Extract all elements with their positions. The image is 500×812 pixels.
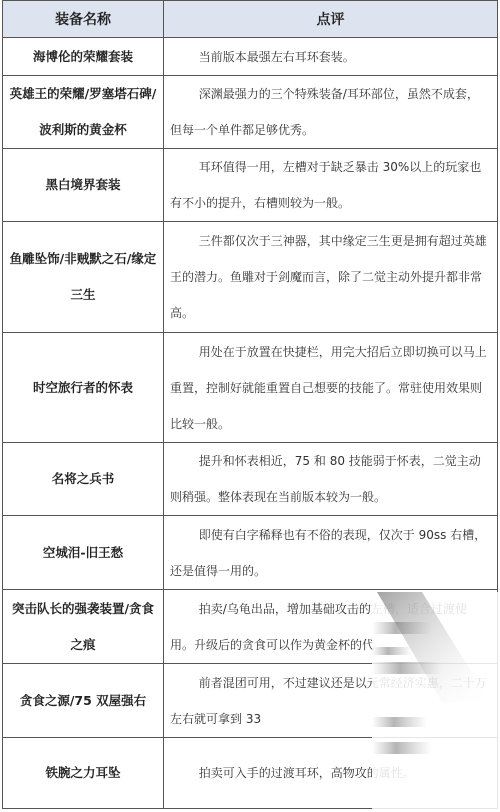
- table-header-row: 装备名称 点评: [3, 1, 498, 38]
- comment-cell: 拍卖/乌龟出品，增加基础攻击的左槽，适合过渡使用。升级后的贪食可以作为黄金杯的代: [164, 590, 498, 664]
- table-row: 贪食之源/75 双屋强右前者混团可用，不过建议还是以元常经济实惠，二十万左右就可…: [3, 664, 498, 738]
- header-comment: 点评: [164, 1, 498, 38]
- equipment-name-cell: 突击队长的强袭装置/贪食之痕: [3, 590, 164, 664]
- table-row: 鱼雕坠饰/非贼默之石/缘定三生三件都仅次于三神器，其中缘定三生更是拥有超过英雄王…: [3, 222, 498, 333]
- equipment-name-cell: 时空旅行者的怀表: [3, 333, 164, 443]
- comment-cell: 深渊最强力的三个特殊装备/耳环部位，虽然不成套，但每一个单件都足够优秀。: [164, 76, 498, 149]
- equipment-name-cell: 黑白境界套装: [3, 149, 164, 222]
- table-row: 海博伦的荣耀套装当前版本最强左右耳环套装。: [3, 38, 498, 76]
- comment-cell: 三件都仅次于三神器，其中缘定三生更是拥有超过英雄王的潜力。鱼雕对于剑魔而言，除了…: [164, 222, 498, 333]
- header-equipment-name: 装备名称: [3, 1, 164, 38]
- equipment-name-cell: 名将之兵书: [3, 443, 164, 516]
- equipment-review-table: 装备名称 点评 海博伦的荣耀套装当前版本最强左右耳环套装。英雄王的荣耀/罗塞塔石…: [2, 0, 498, 809]
- comment-cell: 耳环值得一用，左槽对于缺乏暴击 30%以上的玩家也有不小的提升，右槽则较为一般。: [164, 149, 498, 222]
- equipment-name-cell: 英雄王的荣耀/罗塞塔石碑/波利斯的黄金杯: [3, 76, 164, 149]
- table-row: 名将之兵书提升和怀表相近，75 和 80 技能弱于怀表，二觉主动则稍强。整体表现…: [3, 443, 498, 516]
- equipment-name-cell: 铁腕之力耳坠: [3, 738, 164, 809]
- table-row: 突击队长的强袭装置/贪食之痕拍卖/乌龟出品，增加基础攻击的左槽，适合过渡使用。升…: [3, 590, 498, 664]
- table-row: 黑白境界套装耳环值得一用，左槽对于缺乏暴击 30%以上的玩家也有不小的提升，右槽…: [3, 149, 498, 222]
- comment-cell: 拍卖可入手的过渡耳环，高物攻的属性。: [164, 738, 498, 809]
- equipment-name-cell: 海博伦的荣耀套装: [3, 38, 164, 76]
- table-row: 铁腕之力耳坠拍卖可入手的过渡耳环，高物攻的属性。: [3, 738, 498, 809]
- table-row: 时空旅行者的怀表用处在于放置在快捷栏，用完大招后立即切换可以马上重置，控制好就能…: [3, 333, 498, 443]
- comment-cell: 用处在于放置在快捷栏，用完大招后立即切换可以马上重置，控制好就能重置自己想要的技…: [164, 333, 498, 443]
- comment-cell: 提升和怀表相近，75 和 80 技能弱于怀表，二觉主动则稍强。整体表现在当前版本…: [164, 443, 498, 516]
- table-row: 英雄王的荣耀/罗塞塔石碑/波利斯的黄金杯深渊最强力的三个特殊装备/耳环部位，虽然…: [3, 76, 498, 149]
- table-row: 空城泪-旧王愁即使有白字稀释也有不俗的表现，仅次于 90ss 右槽，还是值得一用…: [3, 516, 498, 590]
- comment-cell: 前者混团可用，不过建议还是以元常经济实惠，二十万左右就可拿到 33: [164, 664, 498, 738]
- equipment-name-cell: 贪食之源/75 双屋强右: [3, 664, 164, 738]
- equipment-name-cell: 鱼雕坠饰/非贼默之石/缘定三生: [3, 222, 164, 333]
- equipment-name-cell: 空城泪-旧王愁: [3, 516, 164, 590]
- comment-cell: 当前版本最强左右耳环套装。: [164, 38, 498, 76]
- comment-cell: 即使有白字稀释也有不俗的表现，仅次于 90ss 右槽，还是值得一用的。: [164, 516, 498, 590]
